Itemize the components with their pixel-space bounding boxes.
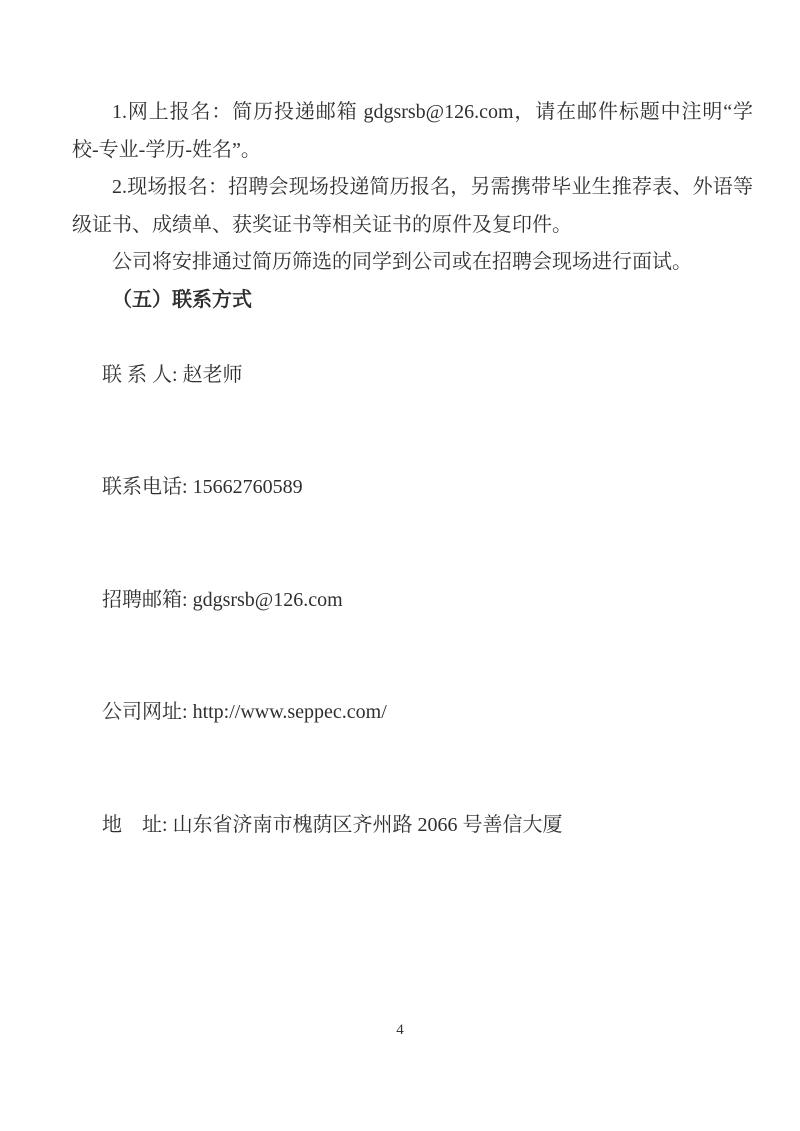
contact-website-label: 公司网址 (102, 701, 182, 723)
contact-phone-separator: : (182, 476, 193, 498)
page-number: 4 (0, 1021, 800, 1039)
contact-address-value: 山东省济南市槐荫区齐州路 2066 号善信大厦 (173, 814, 563, 836)
document-page: 1.网上报名：简历投递邮箱 gdgsrsb@126.com，请在邮件标题中注明“… (0, 0, 800, 1131)
contact-row-address: 地 址: 山东省济南市槐荫区齐州路 2066 号善信大厦 (72, 769, 753, 882)
paragraph-online-application: 1.网上报名：简历投递邮箱 gdgsrsb@126.com，请在邮件标题中注明“… (72, 94, 753, 169)
contact-phone-value: 15662760589 (193, 476, 303, 498)
contact-address-label: 地 址 (102, 814, 162, 836)
contact-person-separator: : (172, 364, 183, 386)
paragraph-interview-note: 公司将安排通过简历筛选的同学到公司或在招聘会现场进行面试。 (72, 244, 753, 282)
contact-row-person: 联 系 人: 赵老师 (72, 319, 753, 432)
section-heading-contact-info: （五）联系方式 (72, 282, 753, 320)
contact-person-label: 联 系 人 (102, 364, 172, 386)
contact-email-value: gdgsrsb@126.com (193, 589, 343, 611)
paragraph-onsite-application: 2.现场报名：招聘会现场投递简历报名，另需携带毕业生推荐表、外语等级证书、成绩单… (72, 169, 753, 244)
contact-website-separator: : (182, 701, 193, 723)
contact-row-website: 公司网址: http://www.seppec.com/ (72, 657, 753, 770)
contact-row-phone: 联系电话: 15662760589 (72, 432, 753, 545)
contact-address-separator: : (162, 814, 173, 836)
document-content: 1.网上报名：简历投递邮箱 gdgsrsb@126.com，请在邮件标题中注明“… (72, 94, 753, 882)
contact-row-email: 招聘邮箱: gdgsrsb@126.com (72, 544, 753, 657)
contact-person-value: 赵老师 (183, 364, 243, 386)
contact-phone-label: 联系电话 (102, 476, 182, 498)
contact-website-value: http://www.seppec.com/ (193, 701, 387, 723)
contact-email-separator: : (182, 589, 193, 611)
contact-email-label: 招聘邮箱 (102, 589, 182, 611)
